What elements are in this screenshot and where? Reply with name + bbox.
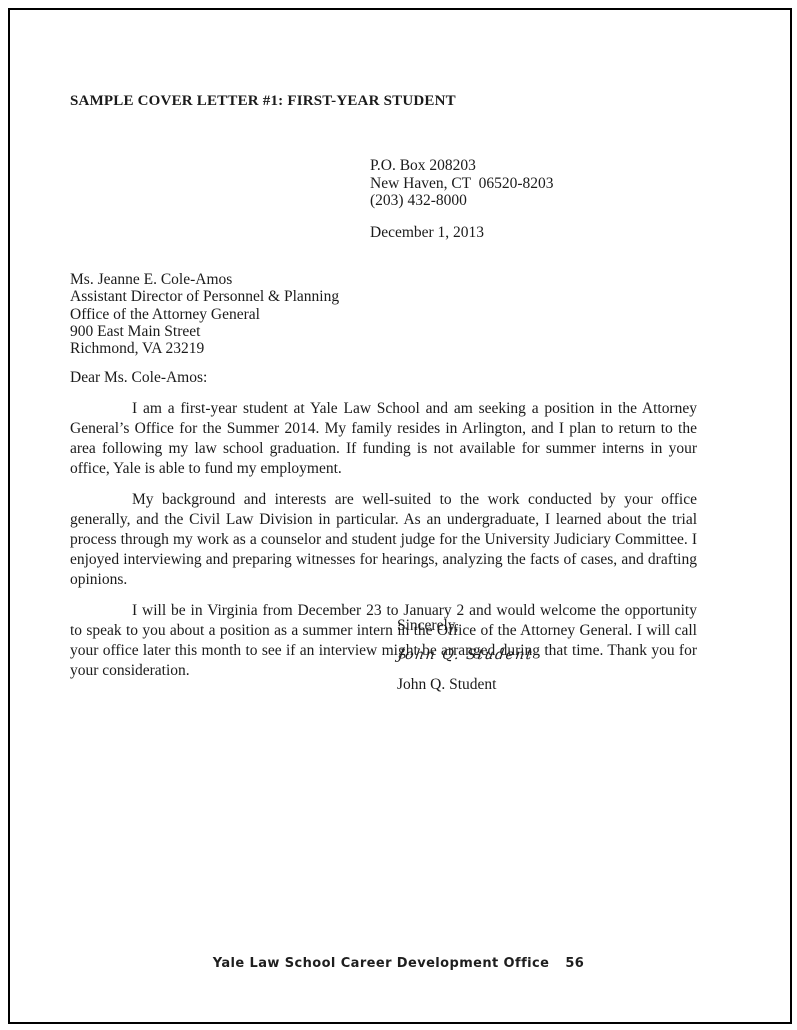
salutation: Dear Ms. Cole-Amos: (70, 369, 207, 387)
footer-text: Yale Law School Career Development Offic… (213, 956, 550, 971)
sender-address-line: New Haven, CT 06520-8203 (370, 175, 554, 193)
sender-address-line: P.O. Box 208203 (370, 157, 554, 175)
valediction: Sincerely, (397, 617, 532, 635)
sender-address-line: (203) 432-8000 (370, 192, 554, 210)
recipient-street: 900 East Main Street (70, 323, 339, 340)
handwritten-signature: John Q. Student (397, 647, 534, 663)
sender-address-block: P.O. Box 208203 New Haven, CT 06520-8203… (370, 157, 554, 210)
letter-body: I am a first-year student at Yale Law Sc… (70, 399, 697, 692)
recipient-title: Assistant Director of Personnel & Planni… (70, 288, 339, 305)
body-paragraph: I am a first-year student at Yale Law Sc… (70, 399, 697, 479)
recipient-name: Ms. Jeanne E. Cole-Amos (70, 271, 339, 288)
typed-signature: John Q. Student (397, 676, 532, 694)
page-number: 56 (565, 956, 584, 971)
document-page: SAMPLE COVER LETTER #1: FIRST-YEAR STUDE… (0, 0, 797, 1030)
letter-date: December 1, 2013 (370, 224, 484, 242)
recipient-address-block: Ms. Jeanne E. Cole-Amos Assistant Direct… (70, 271, 339, 357)
page-footer: Yale Law School Career Development Offic… (0, 956, 797, 971)
letter-title: SAMPLE COVER LETTER #1: FIRST-YEAR STUDE… (70, 93, 456, 110)
body-paragraph: I will be in Virginia from December 23 t… (70, 601, 697, 681)
closing-block: Sincerely, John Q. Student John Q. Stude… (397, 617, 532, 694)
recipient-city-state-zip: Richmond, VA 23219 (70, 340, 339, 357)
body-paragraph: My background and interests are well-sui… (70, 490, 697, 590)
recipient-organization: Office of the Attorney General (70, 306, 339, 323)
